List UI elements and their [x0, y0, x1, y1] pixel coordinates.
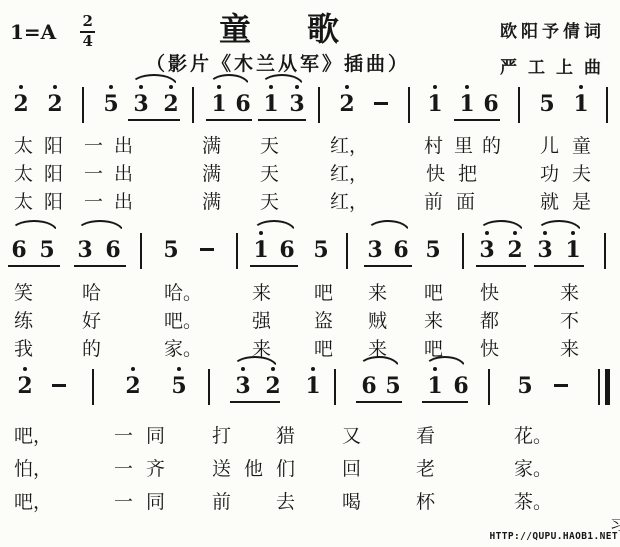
time-denominator: 4 — [82, 34, 92, 50]
lyric-syllable: 村 — [424, 136, 443, 158]
lyric-syllable: 的 — [482, 136, 501, 158]
barline — [208, 369, 210, 405]
octave-dot-icon — [131, 367, 135, 371]
octave-dot-icon — [433, 367, 437, 371]
beam-underline — [454, 119, 500, 121]
note-digit: 3 — [234, 374, 252, 398]
lyric-syllable: 都 — [480, 311, 499, 333]
note-digit: 3 — [132, 92, 150, 116]
dash-note — [200, 248, 214, 251]
slur-arc — [536, 220, 582, 232]
octave-dot-icon — [295, 85, 299, 89]
note-digit: 6 — [10, 238, 28, 262]
composer-credit: 严工上曲 — [500, 53, 612, 78]
note-digit: 6 — [392, 238, 410, 262]
beam-underline — [422, 401, 468, 403]
lyric-row: 太阳一出满天红，快把功夫 — [0, 164, 620, 188]
beam-underline — [128, 119, 180, 121]
note-digit: 2 — [124, 374, 142, 398]
music-staff-line: 22532165165 — [0, 374, 620, 416]
lyric-syllable: 家。 — [164, 339, 202, 361]
lyric-syllable: 夫 — [572, 164, 591, 186]
note-digit: 1 — [458, 92, 476, 116]
note-digit: 1 — [262, 92, 280, 116]
lyric-syllable: 里 — [454, 136, 473, 158]
octave-dot-icon — [269, 85, 273, 89]
source-url: HTTP://QUPU.HAOB1.NET — [489, 531, 618, 542]
octave-dot-icon — [345, 85, 349, 89]
lyric-syllable: 杯 — [416, 492, 435, 514]
barline — [408, 87, 410, 123]
beam-underline — [250, 265, 298, 267]
note-digit: 3 — [366, 238, 384, 262]
lyric-syllable: 快 — [426, 164, 445, 186]
final-barline-thin — [598, 369, 600, 405]
lyric-syllable: 他 — [244, 459, 263, 481]
lyric-syllable: 猎 — [276, 426, 295, 448]
barline — [192, 87, 194, 123]
note-digit: 1 — [426, 92, 444, 116]
octave-dot-icon — [177, 367, 181, 371]
octave-dot-icon — [217, 85, 221, 89]
credits: 欧阳予倩词 严工上曲 — [500, 17, 612, 78]
lyric-row: 太阳一出满天红，村里的儿童 — [0, 136, 620, 160]
key-value: 1=A — [10, 20, 56, 44]
lyric-syllable: 家。 — [514, 459, 552, 481]
lyric-syllable: 盗 — [314, 311, 333, 333]
music-staff-line: 225321613211651 — [0, 92, 620, 134]
beam-underline — [8, 265, 60, 267]
note-digit: 2 — [264, 374, 282, 398]
lyric-syllable: 好 — [82, 311, 101, 333]
lyric-syllable: 一 — [84, 136, 103, 158]
lyric-syllable: 阳 — [44, 192, 63, 214]
lyric-syllable: 来 — [424, 311, 443, 333]
lyric-syllable: 一 — [114, 426, 133, 448]
note-digit: 3 — [76, 238, 94, 262]
lyric-syllable: 回 — [342, 459, 361, 481]
beam-underline — [74, 265, 126, 267]
key-signature: 1=A 2 4 — [10, 14, 95, 50]
note-digit: 5 — [38, 238, 56, 262]
note-digit: 5 — [424, 238, 442, 262]
note-digit: 5 — [170, 374, 188, 398]
octave-dot-icon — [433, 85, 437, 89]
lyric-row: 我的家。来吧来吧快来 — [0, 339, 620, 363]
lyric-row: 笑哈哈。来吧来吧快来 — [0, 283, 620, 307]
lyric-syllable: 的 — [82, 339, 101, 361]
lyric-syllable: 前 — [424, 192, 443, 214]
octave-dot-icon — [259, 231, 263, 235]
barline — [488, 369, 490, 405]
lyric-syllable: 太 — [14, 164, 33, 186]
note-digit: 5 — [538, 92, 556, 116]
beam-underline — [206, 119, 252, 121]
lyric-syllable: 天 — [260, 192, 279, 214]
lyric-syllable: 阳 — [44, 164, 63, 186]
lyric-syllable: 哈 — [82, 283, 101, 305]
note-digit: 1 — [252, 238, 270, 262]
lyric-syllable: 快 — [480, 283, 499, 305]
beam-underline — [476, 265, 526, 267]
lyric-syllable: 吧 — [314, 339, 333, 361]
lyric-syllable: 吧 — [314, 283, 333, 305]
slur-arc — [366, 220, 410, 232]
octave-dot-icon — [53, 85, 57, 89]
slur-arc — [478, 220, 524, 232]
lyric-syllable: 阳 — [44, 136, 63, 158]
lyric-syllable: 出 — [114, 164, 133, 186]
lyric-syllable: 去 — [276, 492, 295, 514]
note-digit: 6 — [452, 374, 470, 398]
note-digit: 3 — [478, 238, 496, 262]
lyric-syllable: 吧， — [14, 492, 52, 514]
octave-dot-icon — [571, 231, 575, 235]
dash-note — [52, 384, 66, 387]
note-digit: 2 — [338, 92, 356, 116]
note-digit: 6 — [104, 238, 122, 262]
note-digit: 3 — [536, 238, 554, 262]
lyric-syllable: 出 — [114, 136, 133, 158]
lyric-syllable: 老 — [416, 459, 435, 481]
sheet-music-page: 1=A 2 4 童 歌 （影片《木兰从军》插曲） 欧阳予倩词 严工上曲 2253… — [0, 0, 620, 547]
barline — [346, 233, 348, 269]
octave-dot-icon — [543, 231, 547, 235]
note-digit: 5 — [516, 374, 534, 398]
lyric-syllable: 童 — [572, 136, 591, 158]
lyric-syllable: 同 — [146, 492, 165, 514]
note-digit: 1 — [572, 92, 590, 116]
lyric-row: 怕，一齐送他们回老家。 — [0, 459, 620, 483]
lyric-syllable: 哈。 — [164, 283, 202, 305]
note-digit: 6 — [234, 92, 252, 116]
slur-arc — [76, 220, 124, 232]
slur-arc — [252, 220, 296, 232]
lyric-syllable: 来 — [252, 283, 271, 305]
lyric-syllable: 面 — [456, 192, 475, 214]
lyric-syllable: 来 — [368, 339, 387, 361]
note-digit: 2 — [12, 92, 30, 116]
lyric-syllable: 怕， — [14, 459, 52, 481]
note-digit: 2 — [16, 374, 34, 398]
octave-dot-icon — [19, 85, 23, 89]
lyric-syllable: 天 — [260, 136, 279, 158]
lyric-syllable: 来 — [252, 339, 271, 361]
note-digit: 5 — [102, 92, 120, 116]
lyric-row: 吧，一同打猎又看花。 — [0, 426, 620, 450]
note-digit: 2 — [162, 92, 180, 116]
lyric-syllable: 们 — [276, 459, 295, 481]
lyric-syllable: 天 — [260, 164, 279, 186]
beam-underline — [534, 265, 584, 267]
lyric-syllable: 把 — [458, 164, 477, 186]
note-digit: 3 — [288, 92, 306, 116]
barline — [236, 233, 238, 269]
slur-arc — [10, 220, 58, 232]
note-digit: 6 — [278, 238, 296, 262]
lyric-syllable: 送 — [212, 459, 231, 481]
octave-dot-icon — [139, 85, 143, 89]
lyric-syllable: 儿 — [540, 136, 559, 158]
lyric-syllable: 吧 — [424, 339, 443, 361]
lyric-syllable: 就 — [540, 192, 559, 214]
lyric-syllable: 前 — [212, 492, 231, 514]
lyric-syllable: 太 — [14, 192, 33, 214]
time-signature: 2 4 — [80, 14, 95, 50]
music-staff-line: 653651653653231 — [0, 238, 620, 280]
beam-underline — [258, 119, 306, 121]
note-digit: 1 — [426, 374, 444, 398]
lyric-row: 太阳一出满天红，前面就是 — [0, 192, 620, 216]
barline — [518, 87, 520, 123]
lyric-syllable: 不 — [560, 311, 579, 333]
barline — [334, 369, 336, 405]
time-numerator: 2 — [82, 14, 92, 30]
lyric-syllable: 吧。 — [164, 311, 202, 333]
octave-dot-icon — [109, 85, 113, 89]
octave-dot-icon — [465, 85, 469, 89]
final-barline-thick — [605, 369, 610, 405]
beam-underline — [230, 401, 280, 403]
octave-dot-icon — [271, 367, 275, 371]
lyric-syllable: 红， — [330, 136, 368, 158]
octave-dot-icon — [311, 367, 315, 371]
note-digit: 2 — [506, 238, 524, 262]
lyric-syllable: 笑 — [14, 283, 33, 305]
lyric-row: 吧，一同前去喝杯茶。 — [0, 492, 620, 516]
song-title: 童 歌 — [150, 4, 420, 50]
note-digit: 1 — [210, 92, 228, 116]
note-digit: 1 — [304, 374, 322, 398]
lyric-syllable: 红， — [330, 192, 368, 214]
lyric-syllable: 一 — [114, 492, 133, 514]
barline — [92, 369, 94, 405]
barline — [462, 233, 464, 269]
dash-note — [374, 102, 388, 105]
beam-underline — [364, 265, 412, 267]
octave-dot-icon — [169, 85, 173, 89]
barline — [606, 87, 608, 123]
lyric-syllable: 是 — [572, 192, 591, 214]
lyric-syllable: 又 — [342, 426, 361, 448]
lyric-syllable: 同 — [146, 426, 165, 448]
lyric-row: 练好吧。强盗贼来都不 — [0, 311, 620, 335]
octave-dot-icon — [23, 367, 27, 371]
barline — [604, 233, 606, 269]
dash-note — [554, 384, 568, 387]
barline — [82, 87, 84, 123]
lyric-syllable: 来 — [368, 283, 387, 305]
lyric-syllable: 出 — [114, 192, 133, 214]
song-subtitle: （影片《木兰从军》插曲） — [146, 49, 410, 76]
octave-dot-icon — [513, 231, 517, 235]
lyric-syllable: 功 — [540, 164, 559, 186]
lyric-syllable: 快 — [480, 339, 499, 361]
lyric-syllable: 贼 — [368, 311, 387, 333]
lyric-syllable: 茶。 — [514, 492, 552, 514]
lyric-syllable: 一 — [114, 459, 133, 481]
note-digit: 6 — [360, 374, 378, 398]
note-digit: 5 — [384, 374, 402, 398]
barline — [318, 87, 320, 123]
lyric-syllable: 强 — [252, 311, 271, 333]
lyric-syllable: 一 — [84, 192, 103, 214]
lyric-syllable: 打 — [212, 426, 231, 448]
lyric-syllable: 一 — [84, 164, 103, 186]
lyricist-credit: 欧阳予倩词 — [500, 17, 612, 42]
lyric-syllable: 我 — [14, 339, 33, 361]
lyric-syllable: 看 — [416, 426, 435, 448]
lyric-syllable: 花。 — [514, 426, 552, 448]
lyric-syllable: 喝 — [342, 492, 361, 514]
note-digit: 1 — [564, 238, 582, 262]
lyric-syllable: 红， — [330, 164, 368, 186]
lyric-syllable: 齐 — [146, 459, 165, 481]
lyric-syllable: 吧， — [14, 426, 52, 448]
octave-dot-icon — [241, 367, 245, 371]
lyric-syllable: 太 — [14, 136, 33, 158]
note-digit: 5 — [312, 238, 330, 262]
note-digit: 2 — [46, 92, 64, 116]
note-digit: 6 — [482, 92, 500, 116]
lyric-syllable: 满 — [202, 136, 221, 158]
lyric-syllable: 满 — [202, 192, 221, 214]
lyric-syllable: 满 — [202, 164, 221, 186]
octave-dot-icon — [485, 231, 489, 235]
octave-dot-icon — [579, 85, 583, 89]
barline — [140, 233, 142, 269]
lyric-syllable: 来 — [560, 283, 579, 305]
lyric-syllable: 练 — [14, 311, 33, 333]
note-digit: 5 — [162, 238, 180, 262]
beam-underline — [356, 401, 402, 403]
lyric-syllable: 吧 — [424, 283, 443, 305]
lyric-syllable: 来 — [560, 339, 579, 361]
